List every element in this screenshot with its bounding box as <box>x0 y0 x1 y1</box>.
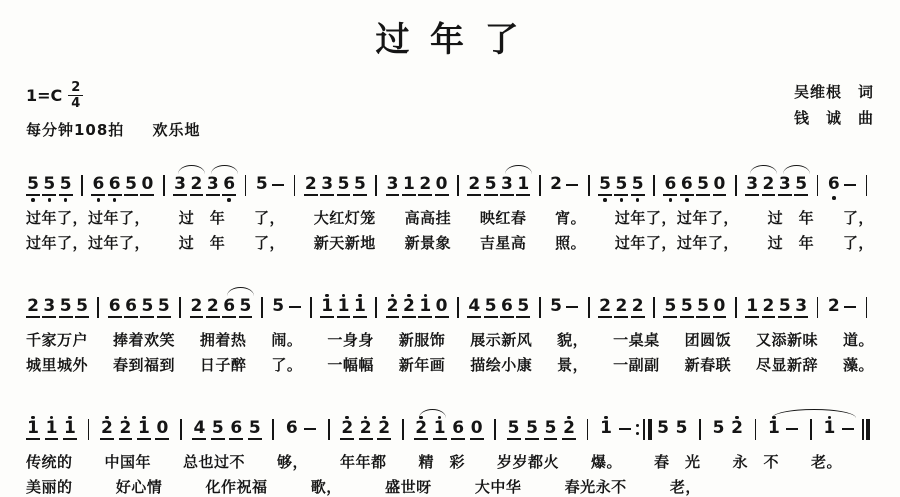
note-digit: 3 <box>42 297 56 318</box>
note-digit: 2 <box>26 297 40 318</box>
meta-block: 1=C 2 4 每分钟108拍 欢乐地 吴维根 词 钱 诚 曲 <box>26 81 874 140</box>
thin-bar <box>643 419 645 440</box>
lyric-phrase: 够， <box>277 451 308 472</box>
lyric-phrase: 老， <box>670 476 701 497</box>
note: 2 <box>304 164 318 205</box>
note-digit: 5 <box>59 297 73 318</box>
note: 2 <box>340 408 354 449</box>
lyric-phrase: 好心情 <box>116 476 163 497</box>
note: 5 <box>255 164 269 203</box>
barline-mark <box>817 297 819 318</box>
lyric-phrase: 新服饰 <box>399 329 446 350</box>
note-digit: 6 <box>124 297 138 318</box>
octave-dot-low <box>636 198 640 202</box>
tempo-marking: 每分钟108拍 <box>26 121 124 139</box>
barline-mark <box>699 419 701 440</box>
octave-dot-slot <box>636 196 640 205</box>
note-digit: 2 <box>340 419 354 440</box>
note-digit: 2 <box>598 297 612 318</box>
note-digit: 5 <box>549 297 563 316</box>
duration-dash <box>303 408 317 430</box>
note: 5 <box>663 286 677 327</box>
note-digit: 2 <box>549 175 563 194</box>
barline <box>266 408 280 440</box>
octave-dot-low <box>64 198 68 202</box>
note: 6 <box>827 164 841 203</box>
lyrics-verse-1-line-1: 过年了，过年了，过 年了，大红灯笼高高挂映红春宵。过年了，过年了，过 年了， <box>26 207 874 229</box>
barline <box>369 286 383 318</box>
barline-mark <box>310 297 312 318</box>
lyric-phrase: 描绘小康 <box>470 354 532 375</box>
lyric-phrase: 爆。 <box>591 451 622 472</box>
note: 0 <box>435 286 449 327</box>
lyric-phrase: 日子醉 <box>200 354 247 375</box>
note: 3 <box>386 164 400 205</box>
note-digit: 5 <box>337 175 351 196</box>
note: 5 <box>614 164 628 205</box>
note-digit: 1 <box>599 419 613 438</box>
notation-system-2: 2355665522655111221045655222555012532千家万… <box>26 286 874 376</box>
octave-dot-slot <box>832 194 836 203</box>
note: 1 <box>44 408 58 449</box>
lyric-phrase: 新年画 <box>399 354 446 375</box>
barline <box>173 286 187 318</box>
notation-line-2: 2355665522655111221045655222555012532 <box>26 286 874 326</box>
barline-mark <box>866 297 868 318</box>
note-digit: 2 <box>467 175 481 196</box>
note-digit: 1 <box>63 419 77 440</box>
note: 5 <box>675 408 689 447</box>
barline <box>238 164 252 196</box>
note: 5 <box>598 164 612 205</box>
barline-mark <box>653 175 655 196</box>
note-digit: 2 <box>631 297 645 318</box>
lyric-phrase: 过年了，过年了， <box>615 207 739 228</box>
note-digit: 5 <box>794 175 808 196</box>
note: 2 <box>118 408 132 449</box>
note: 1 <box>599 408 613 447</box>
note: 3 <box>320 164 334 205</box>
final-barline <box>859 408 873 440</box>
note-digit: 6 <box>285 419 299 438</box>
note: 5 <box>484 286 498 327</box>
note-digit: 3 <box>794 297 808 318</box>
lyric-phrase: 化作祝福 <box>206 476 268 497</box>
lyric-phrase: 大中华 <box>475 476 522 497</box>
note-digit: 6 <box>680 175 694 196</box>
note: 2 <box>189 286 203 327</box>
note: 0 <box>712 164 726 205</box>
note-digit: 6 <box>108 175 122 196</box>
thick-bar <box>866 419 870 440</box>
note: 2 <box>730 408 744 447</box>
note: 5 <box>271 286 285 325</box>
repeat-dot <box>636 432 639 435</box>
note-digit: 2 <box>614 297 628 318</box>
note-digit: 5 <box>75 297 89 318</box>
duration-dash <box>618 408 632 430</box>
duration-dash <box>843 164 857 186</box>
octave-dot-low <box>31 198 35 202</box>
lyric-phrase: 过 年 <box>768 207 815 228</box>
note-digit: 1 <box>418 297 432 318</box>
repeat-dot <box>636 424 639 427</box>
note: 2 <box>100 408 114 449</box>
barline <box>157 164 171 196</box>
lyric-phrase: 新春联 <box>685 354 732 375</box>
lyric-phrase: 团圆饭 <box>685 329 732 350</box>
key-signature: 1=C <box>26 86 62 105</box>
lyric-phrase: 过 年 <box>768 232 815 253</box>
barline <box>647 164 661 196</box>
lyrics-verse-2-line-2: 城里城外春到福到日子醉了。一幅幅新年画描绘小康景，一副副新春联尽显新辞藻。 <box>26 354 874 376</box>
note-digit: 4 <box>192 419 206 440</box>
note-digit: 1 <box>26 419 40 440</box>
note-digit: 2 <box>827 297 841 316</box>
barline <box>304 286 318 318</box>
note: 1 <box>353 286 367 327</box>
note-digit: 6 <box>91 175 105 196</box>
barline <box>288 164 302 196</box>
note-digit: 0 <box>435 297 449 318</box>
note-digit: 2 <box>562 419 576 440</box>
note-digit: 6 <box>500 297 514 318</box>
note: 1 <box>26 408 40 449</box>
note: 5 <box>59 164 73 205</box>
octave-dot-low <box>97 198 101 202</box>
lyric-phrase: 一身身 <box>327 329 374 350</box>
notation-system-1: 5556650323652355312025312555665032356过年了… <box>26 164 874 254</box>
octave-dot-slot <box>669 196 673 205</box>
note-digit: 5 <box>157 297 171 318</box>
duration-dash-line <box>566 184 578 186</box>
duration-dash <box>288 286 302 308</box>
duration-dash-line <box>844 184 856 186</box>
note-digit: 5 <box>778 297 792 318</box>
note: 2 <box>377 408 391 449</box>
note: 2 <box>414 408 428 449</box>
note-digit: 2 <box>730 419 744 438</box>
barline <box>811 286 825 318</box>
barline <box>322 408 336 440</box>
note-digit: 3 <box>206 175 220 196</box>
lyric-phrase: 宵。 <box>555 207 586 228</box>
note: 5 <box>337 164 351 205</box>
lyrics-verse-2-line-3: 美丽的好心情化作祝福歌，盛世呀大中华春光永不老， <box>26 476 874 497</box>
note: 5 <box>75 286 89 327</box>
lyric-phrase: 了。 <box>271 354 302 375</box>
lyric-phrase: 闹。 <box>271 329 302 350</box>
duration-dash-line <box>272 184 284 186</box>
lyric-phrase: 过年了，过年了， <box>26 207 150 228</box>
lyric-phrase: 千家万户 <box>26 329 88 350</box>
note-digit: 1 <box>402 175 416 196</box>
note: 6 <box>229 408 243 449</box>
note-digit: 3 <box>778 175 792 196</box>
note-digit: 5 <box>124 175 138 196</box>
lyric-phrase: 了， <box>254 207 285 228</box>
barline <box>174 408 188 440</box>
barline-mark <box>179 297 181 318</box>
lyric-phrase: 美丽的 <box>26 476 73 497</box>
thin-bar <box>862 419 864 440</box>
lyric-phrase: 一幅幅 <box>327 354 374 375</box>
lyric-phrase: 过 年 <box>179 207 226 228</box>
note: 5 <box>631 164 645 205</box>
lyric-phrase: 大红灯笼 <box>314 207 376 228</box>
note: 2 <box>614 286 628 327</box>
lyric-phrase: 拥着热 <box>200 329 247 350</box>
note: 1 <box>337 286 351 327</box>
note-digit: 5 <box>544 419 558 440</box>
barline <box>581 408 595 440</box>
note-digit: 5 <box>516 297 530 318</box>
note-digit: 6 <box>827 175 841 194</box>
barline-mark <box>402 419 404 440</box>
duration-dash <box>565 286 579 308</box>
octave-dot-slot <box>64 196 68 205</box>
note-digit: 5 <box>696 175 710 196</box>
note: 2 <box>761 286 775 327</box>
lyric-phrase: 新天新地 <box>314 232 376 253</box>
barline-mark <box>81 175 83 196</box>
sheet-music-page: 过 年 了 1=C 2 4 每分钟108拍 欢乐地 吴维根 词 钱 诚 曲 55… <box>0 0 900 497</box>
note: 1 <box>767 408 781 447</box>
lyrics-verse-2-line-1: 过年了，过年了，过 年了，新天新地新景象吉星高照。过年了，过年了，过 年了， <box>26 232 874 254</box>
lyric-phrase: 了， <box>843 207 874 228</box>
note: 2 <box>631 286 645 327</box>
barline-mark <box>328 419 330 440</box>
barline-mark <box>375 175 377 196</box>
lyrics-verse-1-line-3: 传统的中国年总也过不够，年年都精 彩岁岁都火爆。春 光永 不老。 <box>26 451 874 473</box>
note: 5 <box>696 286 710 327</box>
note: 2 <box>562 408 576 449</box>
note-digit: 6 <box>229 419 243 440</box>
duration-dash-line <box>786 428 798 430</box>
note-digit: 2 <box>304 175 318 196</box>
note: 2 <box>206 286 220 327</box>
octave-dot-low <box>832 196 836 200</box>
note: 3 <box>206 164 220 205</box>
octave-dot-slot <box>97 196 101 205</box>
note-digit: 2 <box>762 175 776 196</box>
note: 1 <box>402 164 416 205</box>
barline <box>369 164 383 196</box>
note-digit: 3 <box>386 175 400 196</box>
octave-dot-low <box>669 198 673 202</box>
barline <box>91 286 105 318</box>
note: 5 <box>525 408 539 449</box>
note-digit: 5 <box>211 419 225 440</box>
lyric-phrase: 总也过不 <box>183 451 245 472</box>
barline-mark <box>97 297 99 318</box>
barline <box>748 408 762 440</box>
note: 1 <box>745 286 759 327</box>
barline-mark <box>88 419 90 440</box>
barline-mark <box>817 175 819 196</box>
barline <box>860 286 874 318</box>
barline-mark <box>494 419 496 440</box>
note: 5 <box>656 408 670 447</box>
barline-mark <box>587 419 589 440</box>
repeat-end-barline <box>636 408 652 440</box>
note: 5 <box>507 408 521 449</box>
note: 1 <box>137 408 151 449</box>
lyric-phrase: 一副副 <box>613 354 660 375</box>
octave-dot-low <box>227 198 231 202</box>
note: 6 <box>108 286 122 327</box>
lyric-phrase: 景， <box>557 354 588 375</box>
note-digit: 5 <box>484 297 498 318</box>
note: 6 <box>680 164 694 205</box>
barline-mark <box>180 419 182 440</box>
note-digit: 1 <box>516 175 530 196</box>
lyric-phrase: 老。 <box>811 451 842 472</box>
note-digit: 5 <box>598 175 612 196</box>
lyric-phrase: 捧着欢笑 <box>113 329 175 350</box>
note: 5 <box>157 286 171 327</box>
lyric-phrase: 春 光 <box>654 451 701 472</box>
note: 1 <box>63 408 77 449</box>
note-digit: 5 <box>239 297 253 318</box>
note-digit: 0 <box>155 419 169 440</box>
lyric-phrase: 了， <box>254 232 285 253</box>
lyric-phrase: 又添新味 <box>756 329 818 350</box>
lyric-phrase: 精 彩 <box>419 451 466 472</box>
note-digit: 5 <box>675 419 689 438</box>
note: 2 <box>359 408 373 449</box>
note-digit: 2 <box>359 419 373 440</box>
note: 5 <box>26 164 40 205</box>
duration-dash-line <box>289 306 301 308</box>
barline-mark <box>245 175 247 196</box>
barline-mark <box>457 297 459 318</box>
note: 2 <box>467 164 481 205</box>
note-digit: 5 <box>248 419 262 440</box>
note: 2 <box>418 164 432 205</box>
repeat-end-mark <box>636 419 652 440</box>
lyricist-credit: 吴维根 词 <box>794 81 874 107</box>
barline-mark <box>588 297 590 318</box>
barline-mark <box>810 419 812 440</box>
note: 3 <box>500 164 514 205</box>
note-digit: 5 <box>631 175 645 196</box>
duration-dash-line <box>619 428 631 430</box>
note-digit: 1 <box>45 419 59 440</box>
note-digit: 0 <box>140 175 154 196</box>
barline <box>582 286 596 318</box>
octave-dot-low <box>685 198 689 202</box>
time-signature-denominator: 4 <box>71 96 80 110</box>
note: 6 <box>108 164 122 205</box>
note: 5 <box>211 408 225 449</box>
barline <box>582 164 596 196</box>
note-digit: 2 <box>190 297 204 318</box>
note-digit: 3 <box>320 175 334 196</box>
note: 5 <box>544 408 558 449</box>
lyric-phrase: 春光永不 <box>565 476 627 497</box>
time-signature-numerator: 2 <box>68 81 83 96</box>
lyric-phrase: 春到福到 <box>113 354 175 375</box>
lyric-phrase: 过年了，过年了， <box>615 232 739 253</box>
notation-line-1: 5556650323652355312025312555665032356 <box>26 164 874 204</box>
barline <box>81 408 95 440</box>
note: 5 <box>549 286 563 325</box>
note-digit: 6 <box>222 297 236 318</box>
note-digit: 3 <box>173 175 187 196</box>
lyric-phrase: 歌， <box>311 476 342 497</box>
barline <box>255 286 269 318</box>
note: 5 <box>516 286 530 327</box>
lyric-phrase: 一桌桌 <box>613 329 660 350</box>
barline-mark <box>163 175 165 196</box>
lyric-phrase: 貌， <box>557 329 588 350</box>
note: 3 <box>173 164 187 205</box>
note: 5 <box>59 286 73 327</box>
note: 2 <box>26 286 40 327</box>
barline <box>533 164 547 196</box>
lyric-phrase: 盛世呀 <box>385 476 432 497</box>
duration-dash <box>843 286 857 308</box>
thick-bar <box>648 419 652 440</box>
lyric-phrase: 道。 <box>843 329 874 350</box>
note: 5 <box>42 164 56 205</box>
barline <box>693 408 707 440</box>
lyric-phrase: 尽显新辞 <box>756 354 818 375</box>
lyric-phrase: 中国年 <box>105 451 152 472</box>
note-digit: 5 <box>614 175 628 196</box>
note: 4 <box>192 408 206 449</box>
notation-system-3: 111221045656222216055521555211传统的中国年总也过不… <box>26 408 874 497</box>
note: 1 <box>320 286 334 327</box>
lyric-phrase: 了， <box>843 232 874 253</box>
note-digit: 5 <box>680 297 694 318</box>
note-digit: 6 <box>451 419 465 440</box>
note-digit: 1 <box>767 419 781 438</box>
barline-mark <box>866 175 868 196</box>
note-digit: 1 <box>823 419 837 438</box>
notation-area: 5556650323652355312025312555665032356过年了… <box>26 164 874 497</box>
note-digit: 5 <box>140 297 154 318</box>
duration-dash-line <box>844 306 856 308</box>
barline <box>533 286 547 318</box>
octave-dot-low <box>603 198 607 202</box>
note-digit: 2 <box>386 297 400 318</box>
lyric-phrase: 年年都 <box>340 451 387 472</box>
barline-mark <box>261 297 263 318</box>
octave-dot-low <box>113 198 117 202</box>
note: 4 <box>467 286 481 327</box>
note: 5 <box>124 164 138 205</box>
octave-dot-slot <box>48 196 52 205</box>
note: 6 <box>285 408 299 447</box>
note: 2 <box>386 286 400 327</box>
barline-mark <box>735 297 737 318</box>
note-digit: 1 <box>353 297 367 318</box>
barline <box>729 286 743 318</box>
notation-line-3: 111221045656222216055521555211 <box>26 408 874 448</box>
note-digit: 0 <box>713 175 727 196</box>
note: 6 <box>663 164 677 205</box>
note-digit: 5 <box>525 419 539 440</box>
barline <box>860 164 874 196</box>
note: 6 <box>222 286 236 327</box>
note-digit: 6 <box>663 175 677 196</box>
barline-mark <box>294 175 296 196</box>
note: 1 <box>418 286 432 327</box>
repeat-dots <box>636 424 639 435</box>
note: 0 <box>712 286 726 327</box>
